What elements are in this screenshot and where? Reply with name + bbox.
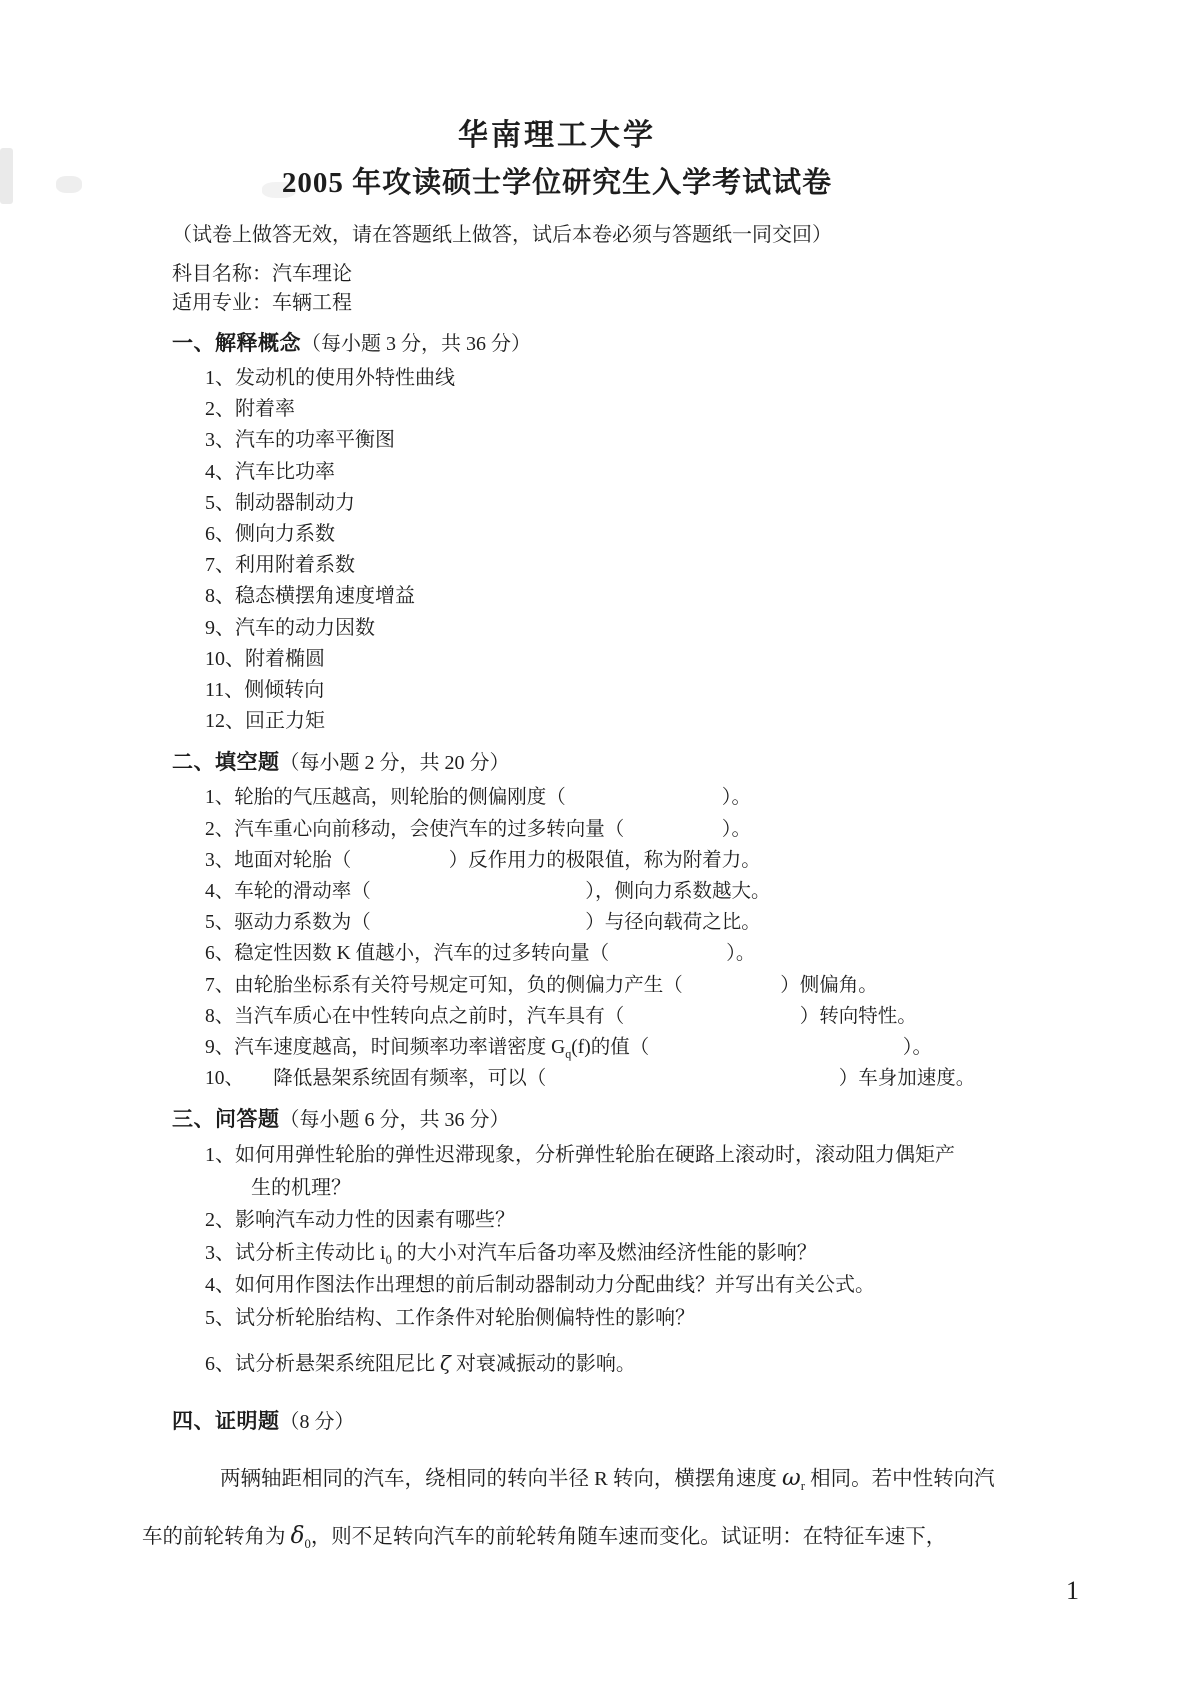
question-item: 9、汽车的动力因数: [205, 613, 1054, 644]
proof-problem-text: 两辆轴距相同的汽车，绕相同的转向半径 R 转向，横摆角速度 ωr 相同。若中性转…: [142, 1450, 1054, 1566]
section-heading: 三、问答题（每小题 6 分，共 36 分）: [172, 1103, 1054, 1136]
question-item: 12、回正力矩: [205, 706, 1054, 737]
question-item: 7、由轮胎坐标系有关符号规定可知，负的侧偏力产生（ ）侧偏角。: [205, 970, 1054, 1001]
section-label: 一、解释概念: [172, 331, 301, 355]
section-label: 四、证明题: [172, 1409, 280, 1433]
section-heading: 二、填空题（每小题 2 分，共 20 分）: [172, 746, 1054, 779]
question-item: 5、试分析轮胎结构、工作条件对轮胎侧偏特性的影响？: [205, 1302, 1054, 1335]
subject-line: 科目名称：汽车理论: [172, 260, 1054, 289]
section-label: 二、填空题: [172, 750, 280, 774]
question-item: 3、地面对轮胎（ ）反作用力的极限值，称为附着力。: [205, 845, 1054, 876]
question-item: 4、汽车比功率: [205, 457, 1054, 488]
university-title: 华南理工大学: [172, 116, 942, 156]
question-item: 3、汽车的功率平衡图: [205, 425, 1054, 456]
proof-line: 两辆轴距相同的汽车，绕相同的转向半径 R 转向，横摆角速度 ωr 相同。若中性转…: [142, 1450, 1054, 1508]
question-list: 1、发动机的使用外特性曲线 2、附着率 3、汽车的功率平衡图 4、汽车比功率 5…: [205, 363, 1054, 737]
question-item: 5、制动器制动力: [205, 488, 1054, 519]
question-item: 6、稳定性因数 K 值越小，汽车的过多转向量（ ）。: [205, 938, 1054, 969]
question-item: 6、侧向力系数: [205, 519, 1054, 550]
section-score-note: （8 分）: [280, 1411, 355, 1433]
scan-artifact: [0, 148, 13, 204]
question-item: 8、稳态横摆角速度增益: [205, 581, 1054, 612]
question-item: 3、试分析主传动比 i0 的大小对汽车后备功率及燃油经济性能的影响？: [205, 1237, 1054, 1270]
section-fill-in-blanks: 二、填空题（每小题 2 分，共 20 分） 1、轮胎的气压越高，则轮胎的侧偏刚度…: [172, 746, 1054, 1094]
page-number: 1: [1066, 1576, 1079, 1606]
scan-artifact: [56, 176, 82, 193]
question-item: 10、 降低悬架系统固有频率，可以（ ）车身加速度。: [205, 1063, 1054, 1094]
exam-meta: 科目名称：汽车理论 适用专业：车辆工程: [172, 260, 1054, 318]
question-list: 1、轮胎的气压越高，则轮胎的侧偏刚度（ ）。 2、汽车重心向前移动，会使汽车的过…: [205, 782, 1054, 1094]
exam-notice: （试卷上做答无效，请在答题纸上做答，试后本卷必须与答题纸一同交回）: [172, 222, 1054, 249]
question-item: 9、汽车速度越高，时间频率功率谱密度 Gq(f)的值（ ）。: [205, 1032, 1054, 1063]
section-label: 三、问答题: [172, 1107, 280, 1131]
question-item: 1、如何用弹性轮胎的弹性迟滞现象，分析弹性轮胎在硬路上滚动时，滚动阻力偶矩产 生…: [205, 1139, 1054, 1204]
section-heading: 四、证明题（8 分）: [172, 1405, 1054, 1438]
section-short-answer: 三、问答题（每小题 6 分，共 36 分） 1、如何用弹性轮胎的弹性迟滞现象，分…: [172, 1103, 1054, 1381]
exam-title: 2005 年攻读硕士学位研究生入学考试试卷: [172, 164, 942, 202]
question-item: 4、如何用作图法作出理想的前后制动器制动力分配曲线？并写出有关公式。: [205, 1269, 1054, 1302]
section-concept-definitions: 一、解释概念（每小题 3 分，共 36 分） 1、发动机的使用外特性曲线 2、附…: [172, 327, 1054, 737]
question-item: 2、汽车重心向前移动，会使汽车的过多转向量（ ）。: [205, 814, 1054, 845]
question-item: 8、当汽车质心在中性转向点之前时，汽车具有（ ）转向特性。: [205, 1001, 1054, 1032]
question-line: 生的机理？: [251, 1172, 1054, 1205]
question-item: 5、驱动力系数为（ ）与径向载荷之比。: [205, 907, 1054, 938]
question-line: 1、如何用弹性轮胎的弹性迟滞现象，分析弹性轮胎在硬路上滚动时，滚动阻力偶矩产: [251, 1139, 1054, 1172]
question-item: 1、轮胎的气压越高，则轮胎的侧偏刚度（ ）。: [205, 782, 1054, 813]
section-heading: 一、解释概念（每小题 3 分，共 36 分）: [172, 327, 1054, 360]
document-content: 华南理工大学 2005 年攻读硕士学位研究生入学考试试卷 （试卷上做答无效，请在…: [172, 116, 1054, 1566]
question-list: 1、如何用弹性轮胎的弹性迟滞现象，分析弹性轮胎在硬路上滚动时，滚动阻力偶矩产 生…: [205, 1139, 1054, 1381]
title-block: 华南理工大学 2005 年攻读硕士学位研究生入学考试试卷: [172, 116, 942, 202]
question-item: 7、利用附着系数: [205, 550, 1054, 581]
question-item: 1、发动机的使用外特性曲线: [205, 363, 1054, 394]
major-line: 适用专业：车辆工程: [172, 289, 1054, 318]
question-item: 6、试分析悬架系统阻尼比 ζ 对衰减振动的影响。: [205, 1347, 1054, 1381]
question-item: 2、影响汽车动力性的因素有哪些？: [205, 1204, 1054, 1237]
proof-line: 车的前轮转角为 δ0，则不足转向汽车的前轮转角随车速而变化。试证明：在特征车速下…: [142, 1508, 1054, 1566]
section-proof: 四、证明题（8 分） 两辆轴距相同的汽车，绕相同的转向半径 R 转向，横摆角速度…: [172, 1405, 1054, 1566]
section-score-note: （每小题 2 分，共 20 分）: [280, 752, 510, 774]
question-item: 11、侧倾转向: [205, 675, 1054, 706]
section-score-note: （每小题 3 分，共 36 分）: [301, 333, 531, 355]
section-score-note: （每小题 6 分，共 36 分）: [280, 1109, 510, 1131]
question-item: 2、附着率: [205, 394, 1054, 425]
exam-paper-page: 华南理工大学 2005 年攻读硕士学位研究生入学考试试卷 （试卷上做答无效，请在…: [0, 0, 1190, 1683]
question-item: 4、车轮的滑动率（ ），侧向力系数越大。: [205, 876, 1054, 907]
question-item: 10、附着椭圆: [205, 644, 1054, 675]
